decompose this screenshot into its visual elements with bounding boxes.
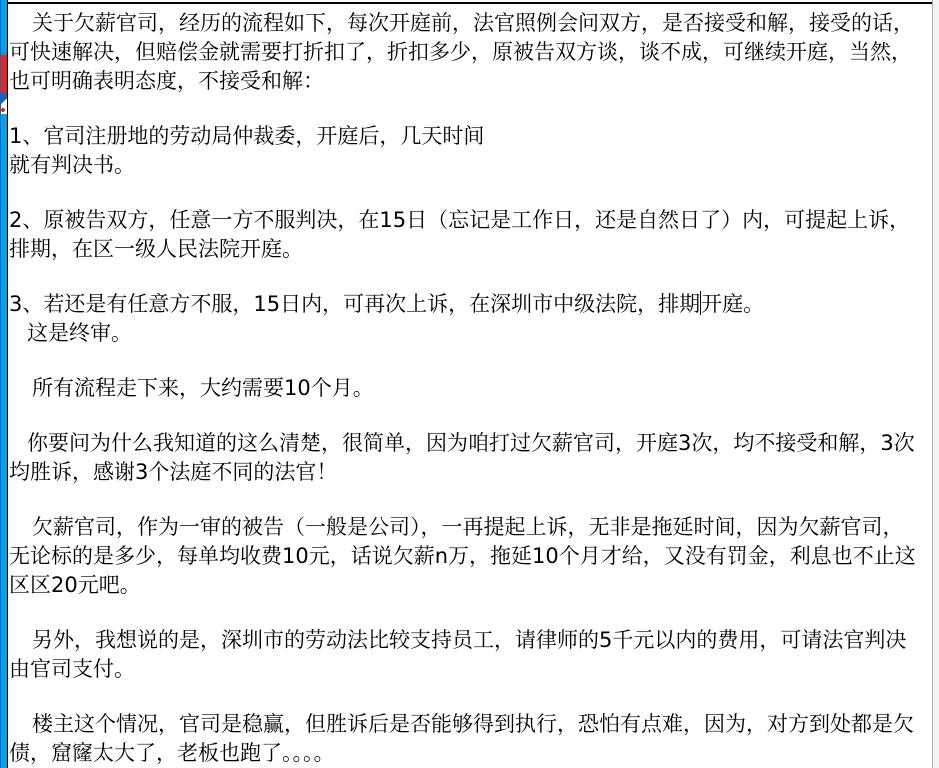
text-line: 无论标的是多少，每单均收费10元，话说欠薪n万，拖延10个月才给，又没有罚金，利… <box>9 542 932 571</box>
text-line: 1、官司注册地的劳动局仲裁委，开庭后，几天时间 <box>9 122 932 151</box>
paragraph-conclusion: 楼主这个情况，官司是稳赢，但胜诉后是否能够得到执行，恐怕有点难，因为，对方到处都… <box>9 710 932 768</box>
text-line: 可快速解决，但赔偿金就需要打折扣了，折扣多少，原被告双方谈，谈不成，可继续开庭，… <box>9 38 932 67</box>
text-before-caret: 3、若还是有任意方不服，15日内，可再次上诉，在深圳市中级法院，排期 <box>9 292 700 316</box>
text-line: 所有流程走下来，大约需要10个月。 <box>9 374 932 403</box>
text-line: 你要问为什么我知道的这么清楚，很简单，因为咱打过欠薪官司，开庭3次，均不接受和解… <box>9 429 932 458</box>
text-line: 楼主这个情况，官司是稳赢，但胜诉后是否能够得到执行，恐怕有点难，因为，对方到处都… <box>9 710 932 739</box>
text-line: 由官司支付。 <box>9 655 932 684</box>
text-line: 3、若还是有任意方不服，15日内，可再次上诉，在深圳市中级法院，排期开庭。 <box>9 290 932 319</box>
text-line: 另外，我想说的是，深圳市的劳动法比较支持员工，请律师的5千元以内的费用，可请法官… <box>9 626 932 655</box>
text-line: 均胜诉，感谢3个法庭不同的法官！ <box>9 458 932 487</box>
text-line: 这是终审。 <box>9 319 932 348</box>
document-content: 关于欠薪官司，经历的流程如下，每次开庭前，法官照例会问双方，是否接受和解，接受的… <box>8 0 932 768</box>
paragraph-step-3: 3、若还是有任意方不服，15日内，可再次上诉，在深圳市中级法院，排期开庭。 这是… <box>9 290 932 348</box>
background-window-edge[interactable] <box>0 0 7 768</box>
paragraph-experience: 你要问为什么我知道的这么清楚，很简单，因为咱打过欠薪官司，开庭3次，均不接受和解… <box>9 429 932 487</box>
text-line: 债，窟窿太大了，老板也跑了。。。。 <box>9 739 932 768</box>
paragraph-step-1: 1、官司注册地的劳动局仲裁委，开庭后，几天时间 就有判决书。 <box>9 122 932 180</box>
text-after-caret: 开庭。 <box>701 292 764 316</box>
paragraph-appeal-cost: 欠薪官司，作为一审的被告（一般是公司），一再提起上诉，无非是拖延时间，因为欠薪官… <box>9 513 932 600</box>
text-line: 区区20元吧。 <box>9 571 932 600</box>
screen: 关于欠薪官司，经历的流程如下，每次开庭前，法官照例会问双方，是否接受和解，接受的… <box>0 0 939 768</box>
text-line: 也可明确表明态度，不接受和解： <box>9 67 932 96</box>
paragraph-lawyer-fee: 另外，我想说的是，深圳市的劳动法比较支持员工，请律师的5千元以内的费用，可请法官… <box>9 626 932 684</box>
paragraph-intro: 关于欠薪官司，经历的流程如下，每次开庭前，法官照例会问双方，是否接受和解，接受的… <box>9 9 932 96</box>
paragraph-duration: 所有流程走下来，大约需要10个月。 <box>9 374 932 403</box>
text-document-area[interactable]: 关于欠薪官司，经历的流程如下，每次开庭前，法官照例会问双方，是否接受和解，接受的… <box>7 0 932 768</box>
text-line: 就有判决书。 <box>9 151 932 180</box>
text-line: 欠薪官司，作为一审的被告（一般是公司），一再提起上诉，无非是拖延时间，因为欠薪官… <box>9 513 932 542</box>
paragraph-step-2: 2、原被告双方，任意一方不服判决，在15日（忘记是工作日，还是自然日了）内，可提… <box>9 206 932 264</box>
text-line: 关于欠薪官司，经历的流程如下，每次开庭前，法官照例会问双方，是否接受和解，接受的… <box>9 9 932 38</box>
text-line: 2、原被告双方，任意一方不服判决，在15日（忘记是工作日，还是自然日了）内，可提… <box>9 206 932 235</box>
right-scrollbar-track[interactable] <box>932 0 939 768</box>
text-line: 排期，在区一级人民法院开庭。 <box>9 235 932 264</box>
